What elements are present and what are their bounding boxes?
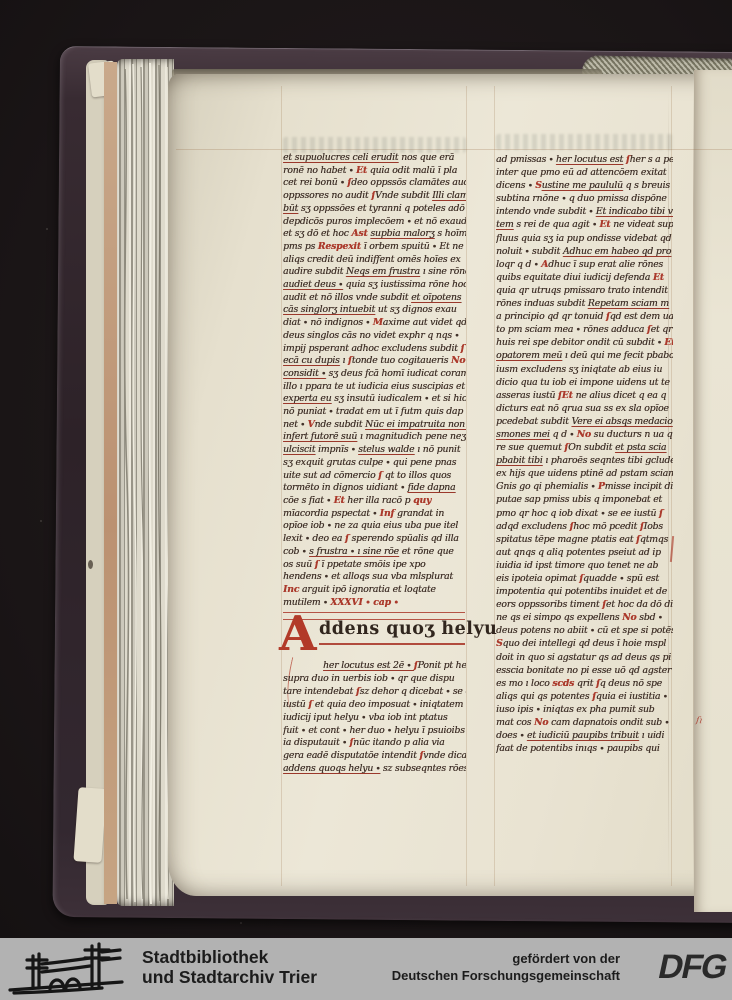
manuscript-text-line: audiet deus ∙ quia sʒ iustissima rōne ho… bbox=[283, 279, 466, 292]
manuscript-text-line: intendo vnde subdit ∙ Et indicabo tibi v… bbox=[496, 205, 673, 218]
manuscript-text-line: deus potens no abiit ∙ cū et spe si potē… bbox=[496, 624, 673, 637]
manuscript-text-line: mat cos No cam dapnatois ondit sub ∙ bbox=[496, 716, 673, 729]
dfg-logo: DFG bbox=[654, 947, 730, 987]
manuscript-text-line: dicio qua tu iob ei impone uidens ut te bbox=[496, 376, 673, 389]
adjacent-page-strip bbox=[694, 70, 732, 912]
ruling-line bbox=[466, 86, 467, 886]
manuscript-text-line: putae sap pmiss ubis q imponebat et bbox=[496, 493, 673, 506]
manuscript-text-line: hendens ∙ et alloqs sua vba mlsplurat bbox=[283, 571, 466, 584]
manuscript-text-line: fuit ∙ et cont ∙ her duo ∙ helyu ī psuio… bbox=[283, 725, 466, 738]
manuscript-text-line: mīacordia pspectat ∙ Inf grandat in bbox=[283, 508, 466, 521]
ruling-line bbox=[281, 86, 282, 886]
manuscript-text-line: ronē no habet ∙ Et quia odit malū ī pla bbox=[283, 165, 466, 178]
manuscript-text-line: eis ipoteia opimat ſquadde ∙ spū est bbox=[496, 572, 673, 585]
manuscript-text-line: fluus quia sʒ ia pup ondisse videbat qd bbox=[496, 232, 673, 245]
page-edge-texture bbox=[117, 59, 174, 906]
manuscript-text-line: et supuolucres celi erudit nos que erā bbox=[283, 152, 466, 165]
manuscript-text-line: nō puniat ∙ tradat em ut ī futm quis dap bbox=[283, 406, 466, 419]
page-corner-flap bbox=[73, 787, 106, 863]
manuscript-text-line: uite sut ad cōmercio ſ qt to illos quos bbox=[283, 470, 466, 483]
manuscript-text-line: a principio qd qr tonuid ſqd est dem ua bbox=[496, 310, 673, 323]
manuscript-text-line: Gnis go qi phemialis ∙ Pmisse incipit di… bbox=[496, 480, 673, 493]
funding-line1: gefördert von der bbox=[392, 950, 620, 967]
library-logo-icon bbox=[6, 939, 126, 999]
manuscript-text-line: esscia bonitate no pi esse uō qd agster … bbox=[496, 664, 673, 677]
manuscript-text-line: sʒ exquit grutas culpe ∙ qui pene pnas bbox=[283, 457, 466, 470]
dust-speck bbox=[240, 922, 242, 924]
library-name-line2: und Stadtarchiv Trier bbox=[142, 967, 317, 987]
manuscript-text-line: pbabit tibi ı pharoēs seqntes tibi gclud… bbox=[496, 454, 673, 467]
funding-credit: gefördert von der Deutschen Forschungsge… bbox=[392, 950, 620, 984]
text-column-right: ad pmissas ∙ her locutus est ſher s a pe… bbox=[496, 153, 673, 758]
manuscript-text-line: et sʒ dō et hoc Ast supbia malorʒ s hoīm bbox=[283, 228, 466, 241]
dust-speck bbox=[46, 228, 48, 230]
manuscript-text-line: inter que pmo eū ad attencōem exitat bbox=[496, 166, 673, 179]
manuscript-text-line: huis rei spe debitor ondit cū subdit ∙ E… bbox=[496, 336, 673, 349]
manuscript-text-line: opatorem meū ı deū qui me fecit pbabo ∙ bbox=[496, 349, 673, 362]
manuscript-text-line: ecā cu dupis ı ſtonde tuo cogitaueris No bbox=[283, 355, 466, 368]
footer-bar: Stadtbibliothek und Stadtarchiv Trier ge… bbox=[0, 938, 732, 1000]
manuscript-text-line: tare intendebat ſsz dehor q dicebat ∙ se… bbox=[283, 686, 466, 699]
manuscript-text-line: ulciscit impnīs ∙ stelus walde ı nō puni… bbox=[283, 444, 466, 457]
manuscript-text-line: addens quoqs helyu ∙ sz subseqntes rōes bbox=[283, 763, 466, 776]
manuscript-text-line: iuso ipis ∙ iniqtas ex pha pumit sub bbox=[496, 703, 673, 716]
manuscript-text-line: deus singlos cās no videt exphr q nqs ∙ bbox=[283, 330, 466, 343]
manuscript-text-line: faat de potentibs inıqs ∙ paupibs qui bbox=[496, 742, 673, 755]
manuscript-text-line: does ∙ et iudiciū paupibs tribuit ı uidi bbox=[496, 729, 673, 742]
rubric-initial-a: A bbox=[279, 610, 316, 658]
manuscript-text-line: pcedebat subdit Vere ei absqs medacio bbox=[496, 415, 673, 428]
manuscript-text-line: Inc arguit ipō ignoratia et loqtate bbox=[283, 584, 466, 597]
manuscript-text-line: spitatus tēpe magne ptatis eat ſqtmqs bbox=[496, 533, 673, 546]
manuscript-text-line: ia disputauit ∙ ſnūc itando p alia via bbox=[283, 737, 466, 750]
manuscript-text-line: Squo dei intellegi qd deus ī hoie mspl bbox=[496, 637, 673, 650]
chapter-heading: ddens quoʒ helyu bbox=[319, 616, 465, 645]
manuscript-text-line: būt sʒ oppssōes et tyranni q poteles adō… bbox=[283, 203, 466, 216]
manuscript-text-line: iuidia id ipst timore quo tenet ne ab bbox=[496, 559, 673, 572]
manuscript-text-line: oppssores no audit ſVnde subdit Illi cla… bbox=[283, 190, 466, 203]
manuscript-text-line: cōe s fiat ∙ Et her illa racō p quy bbox=[283, 495, 466, 508]
manuscript-text-line: tormēto in dignos uidiant ∙ fide dapna bbox=[283, 482, 466, 495]
manuscript-text-line: pms ps Respexit ī orbem spuitū ∙ Et ne bbox=[283, 241, 466, 254]
manuscript-text-line: ne qs ei simpo qs expellens No sbd ∙ bbox=[496, 611, 673, 624]
manuscript-text-line: eors oppssoribs timent ſet hoc da dō dic… bbox=[496, 598, 673, 611]
library-name-line1: Stadtbibliothek bbox=[142, 947, 317, 967]
manuscript-text-line: cet rei bonū ∙ ſdeo oppssōs clamātes aud… bbox=[283, 177, 466, 190]
manuscript-text-line: ad pmissas ∙ her locutus est ſher s a pe… bbox=[496, 153, 673, 166]
manuscript-text-line: doit in quo si agstatur qs ad deus qs pi bbox=[496, 651, 673, 664]
library-name: Stadtbibliothek und Stadtarchiv Trier bbox=[142, 947, 317, 987]
book-photo: et supuolucres celi erudit nos que erāro… bbox=[0, 0, 732, 938]
ruling-line bbox=[494, 86, 495, 886]
manuscript-text-line: impij psperant adhoc excludens subdit ſ bbox=[283, 343, 466, 356]
manuscript-text-line: ex hijs que uidens ptinē ad pstam sciam … bbox=[496, 467, 673, 480]
manuscript-text-line: infert futorē suū ı magnitudich pene neʒ bbox=[283, 431, 466, 444]
gutter-fold-crease bbox=[693, 80, 694, 900]
manuscript-text-line: net ∙ Vnde subdit Nūc ei impatruita non … bbox=[283, 419, 466, 432]
manuscript-text-line: quia qr utruqs pmissaro trato intendit bbox=[496, 284, 673, 297]
manuscript-text-line: audit et nō illos vnde subdit et oīpoten… bbox=[283, 292, 466, 305]
manuscript-text-line: diat ∙ nō indignos ∙ Maxime aut videt qd bbox=[283, 317, 466, 330]
manuscript-text-line: to pm sciam mea ∙ rōnes adduca ſet qr bbox=[496, 323, 673, 336]
manuscript-text-line: loqr q d ∙ Adhuc ī sup erat alie rōnes bbox=[496, 258, 673, 271]
dust-speck bbox=[40, 520, 42, 522]
manuscript-text-line: es mo ı loco scds qrit ſq deus nō spe bbox=[496, 677, 673, 690]
pastedown-edge bbox=[104, 62, 117, 904]
text-column-left-lower: her locutus est 2ē ∙ ſPonit pt helyusupr… bbox=[283, 660, 466, 778]
manuscript-text-line: re sue quemut ſOn subdit et psta scia bbox=[496, 441, 673, 454]
manuscript-text-line: cob ∙ s frustra ∙ ı sine rōe et rōne que bbox=[283, 546, 466, 559]
manuscript-text-line: rōnes induas subdit Repetam sciam m bbox=[496, 297, 673, 310]
ink-speck bbox=[88, 560, 93, 569]
manuscript-text-line: experta eu sʒ insutū iudicalem ∙ et si h… bbox=[283, 393, 466, 406]
manuscript-text-line: opīoe iob ∙ ne za quia eius uba pue itel bbox=[283, 520, 466, 533]
text-column-left-upper: et supuolucres celi erudit nos que erāro… bbox=[283, 152, 466, 610]
manuscript-text-line: supra duo in uerbis iob ∙ qr que dispu bbox=[283, 673, 466, 686]
show-through-text bbox=[496, 134, 673, 150]
manuscript-text-line: subtina rnōne ∙ q duo pmissa dispōne bbox=[496, 192, 673, 205]
manuscript-text-line: gera eadē disputatōe intendit ſvnde dica… bbox=[283, 750, 466, 763]
manuscript-text-line: tem s rei de qua agit ∙ Et ne videat sup bbox=[496, 218, 673, 231]
manuscript-text-line: noluit ∙ subdit Adhuc em habeo qd pro bbox=[496, 245, 673, 258]
manuscript-text-line: adqd excludens ſhoc mō pcedit ſIobs bbox=[496, 520, 673, 533]
manuscript-text-line: pmo qr hoc q iob dixat ∙ se ee iustū ſ bbox=[496, 507, 673, 520]
manuscript-text-line: considit ∙ sʒ deus fcā homī iudicat cora… bbox=[283, 368, 466, 381]
show-through-text bbox=[283, 137, 466, 153]
manuscript-text-line: her locutus est 2ē ∙ ſPonit pt helyu bbox=[283, 660, 466, 673]
manuscript-text-line: os suū ſ ī ppetate smōis ipe xpo bbox=[283, 559, 466, 572]
manuscript-text-line: cās singlorʒ intuebit ut sʒ dignos exau bbox=[283, 304, 466, 317]
manuscript-text-line: impotentia qui potentibs inuidet et de bbox=[496, 585, 673, 598]
manuscript-text-line: aut qnqs q aliq potentes pseiut ad ip bbox=[496, 546, 673, 559]
funding-line2: Deutschen Forschungsgemeinschaft bbox=[392, 967, 620, 984]
manuscript-text-line: iustū ſ et quia deo imposuat ∙ iniqtatem… bbox=[283, 699, 466, 712]
manuscript-text-line: lexit ∙ deo ea ſ sperendo spūalis qd ill… bbox=[283, 533, 466, 546]
manuscript-text-line: illo ı ppara te ut iudicia eius suscipia… bbox=[283, 381, 466, 394]
manuscript-text-line: audire subdit Neqs em frustra ı sine rōn… bbox=[283, 266, 466, 279]
manuscript-text-line: depdicōs puros implecōem ∙ et nō exaudi bbox=[283, 216, 466, 229]
manuscript-text-line: aliqs credit deū indiffent omēs hoīes ex bbox=[283, 254, 466, 267]
manuscript-text-line: smones mei q d ∙ No su ducturs n ua q bbox=[496, 428, 673, 441]
manuscript-text-line: asseras iustū ſEt ne alius dicet q ea q bbox=[496, 389, 673, 402]
digitized-manuscript-screenshot: et supuolucres celi erudit nos que erāro… bbox=[0, 0, 732, 1000]
manuscript-text-line: quibs equitate diui iudicij defenda Et bbox=[496, 271, 673, 284]
manuscript-text-line: dicens ∙ Sustine me paululū q s breuis bbox=[496, 179, 673, 192]
manuscript-text-line: iudicij iput helyu ∙ vba iob int ptatus bbox=[283, 712, 466, 725]
manuscript-text-line: dicturs eat nō qrua sua ss ex sla opīoe bbox=[496, 402, 673, 415]
manuscript-text-line: iusm excludens sʒ iniqtate ab eius iu bbox=[496, 363, 673, 376]
manuscript-text-line: aliqs qui qs potentes ſquia ei iustitia … bbox=[496, 690, 673, 703]
